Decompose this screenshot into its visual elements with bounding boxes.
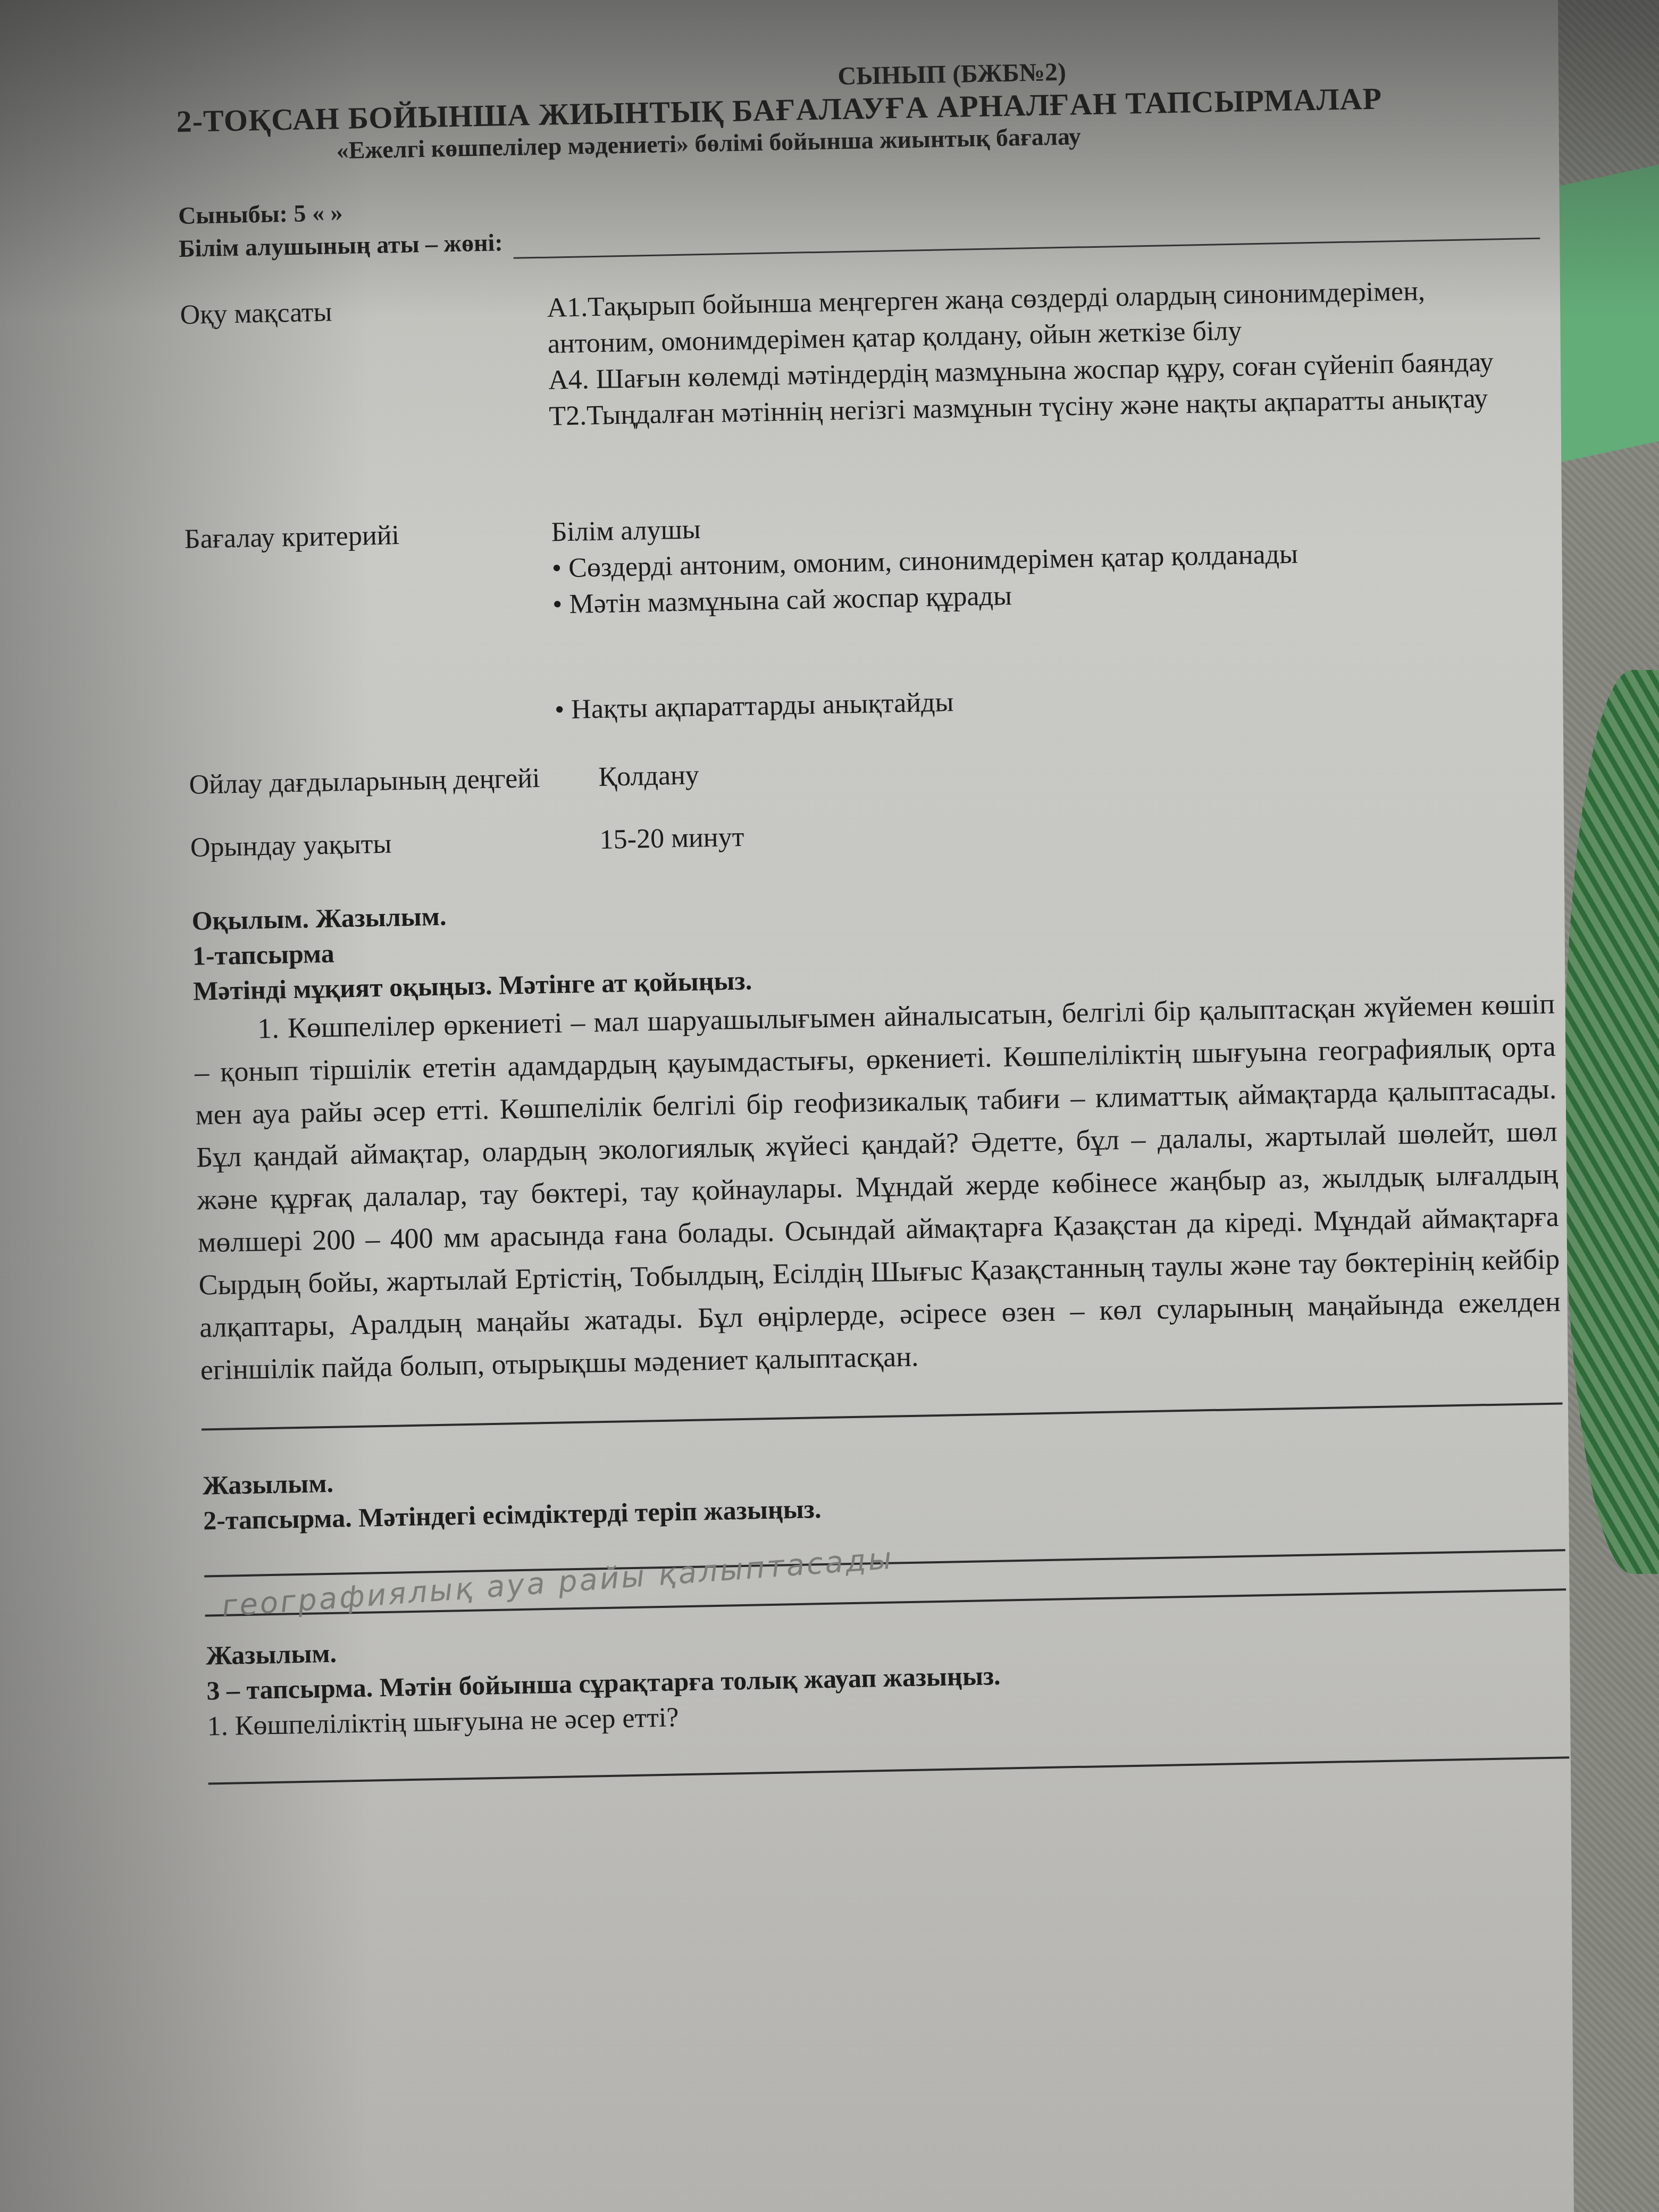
learning-goal-values: А1.Тақырып бойынша меңгерген жаңа сөздер…: [547, 271, 1538, 435]
worksheet: СЫНЫП (БЖБ№2) 2-ТОҚСАН БОЙЫНША ЖИЫНТЫҚ Б…: [175, 48, 1569, 1785]
student-name-field[interactable]: [513, 216, 1540, 259]
background-green-patch: [1558, 165, 1659, 463]
student-name-label: Білім алушының аты – жөні:: [179, 226, 503, 265]
learning-goal-label: Оқу мақсаты: [180, 290, 549, 442]
criteria-label: Бағалау критерийі: [184, 515, 555, 735]
task1-text: 1. Көшпелілер өркениеті – мал шаруашылығ…: [194, 983, 1562, 1392]
student-info: Сыныбы: 5 « » Білім алушының аты – жөні:: [178, 173, 1540, 265]
criteria-values: Білім алушы Сөздерді антоним, омоним, си…: [551, 496, 1544, 728]
duration-label: Орындау уақыты: [190, 823, 557, 866]
info-table: Оқу мақсаты А1.Тақырып бойынша меңгерген…: [180, 271, 1552, 866]
